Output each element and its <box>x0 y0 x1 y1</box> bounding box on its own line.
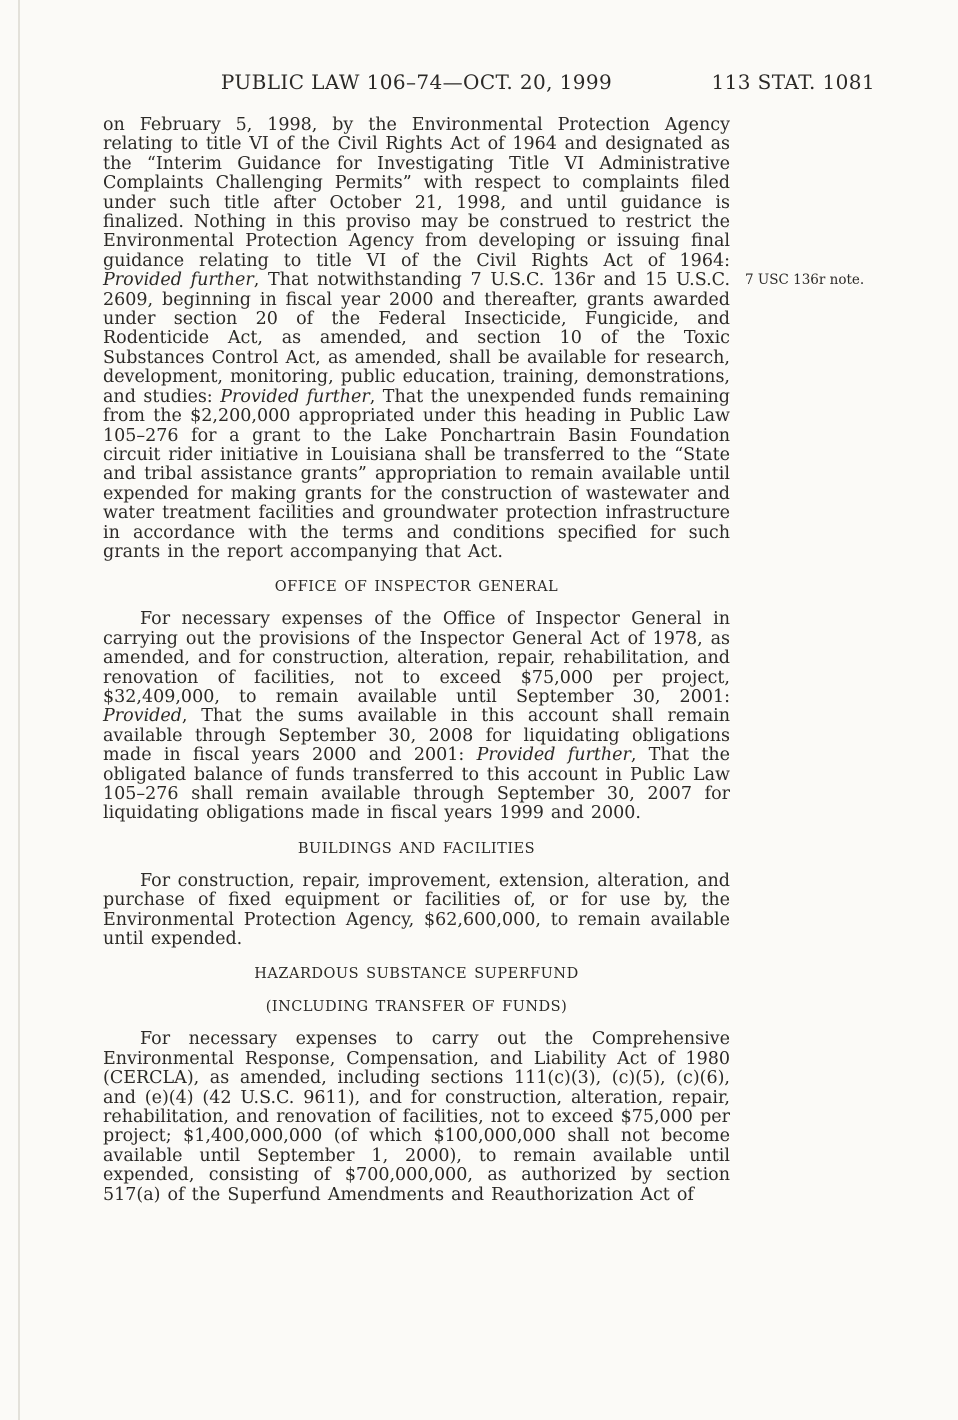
scan-edge-line <box>18 0 20 1420</box>
section-heading: BUILDINGS AND FACILITIES <box>103 841 730 857</box>
page-header: PUBLIC LAW 106–74—OCT. 20, 1999 113 STAT… <box>103 70 875 96</box>
law-title: PUBLIC LAW 106–74—OCT. 20, 1999 <box>103 70 730 94</box>
proviso-italic-run: Provided <box>103 706 182 726</box>
document-page: PUBLIC LAW 106–74—OCT. 20, 1999 113 STAT… <box>0 0 958 1420</box>
paragraph: on February 5, 1998, by the Environmenta… <box>103 116 730 562</box>
text-run: , That the unexpended funds remaining fr… <box>103 387 730 562</box>
proviso-italic-run: Provided further <box>220 387 370 407</box>
paragraph: For necessary expenses to carry out the … <box>103 1030 730 1205</box>
stat-page-number: 113 STAT. 1081 <box>712 70 875 94</box>
section-heading: (INCLUDING TRANSFER OF FUNDS) <box>103 999 730 1015</box>
margin-note: 7 USC 136r note. <box>745 272 895 288</box>
section-heading: HAZARDOUS SUBSTANCE SUPERFUND <box>103 966 730 982</box>
body-column: on February 5, 1998, by the Environmenta… <box>103 116 730 1205</box>
text-run: For necessary expenses to carry out the … <box>103 1029 730 1204</box>
section-heading: OFFICE OF INSPECTOR GENERAL <box>103 579 730 595</box>
paragraph: For construction, repair, improvement, e… <box>103 872 730 950</box>
proviso-italic-run: Provided further <box>103 270 254 290</box>
paragraph: For necessary expenses of the Office of … <box>103 610 730 823</box>
text-run: For construction, repair, improvement, e… <box>103 871 730 949</box>
text-run: For necessary expenses of the Office of … <box>103 609 730 707</box>
proviso-italic-run: Provided further <box>477 745 631 765</box>
text-run: on February 5, 1998, by the Environmenta… <box>103 115 730 271</box>
